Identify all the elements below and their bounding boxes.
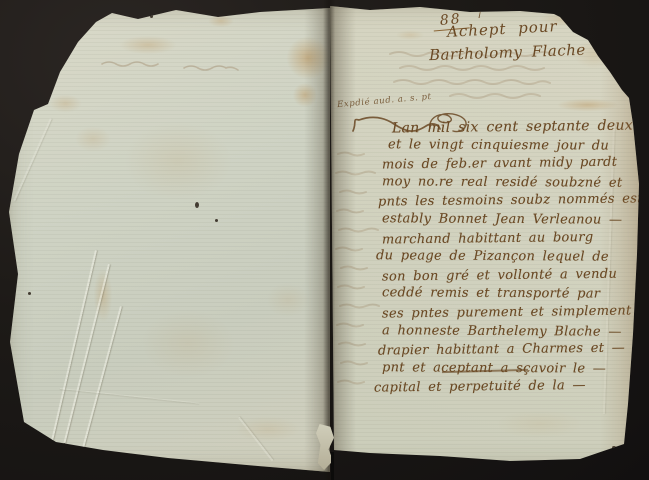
gutter-shading	[330, 4, 356, 468]
manuscript-line: marchand habittant au bourg	[382, 228, 634, 250]
manuscript-line: estably Bonnet Jean Verleanou —	[382, 210, 634, 230]
ink-speck	[28, 292, 31, 295]
stain	[68, 121, 118, 157]
stain	[123, 296, 253, 391]
binding-cord	[331, 452, 334, 480]
cross-mark: †	[477, 6, 483, 20]
manuscript-line: Lan mil six cent septante deux	[392, 117, 634, 139]
right-page: 88 † Achept pour Bartholomy Flache — Exp…	[330, 4, 646, 468]
stain	[108, 32, 188, 58]
stain	[545, 96, 630, 114]
manuscript-line: mois de feb.er avant midy pardt	[382, 154, 634, 176]
manuscript-line: capital et perpetuité de la —	[374, 377, 634, 399]
manuscript-line: ceddé remis et transporté par	[382, 285, 634, 305]
left-page	[8, 6, 330, 472]
manuscript-line: drapier habittant a Charmes et —	[378, 340, 634, 362]
manuscript-line: pnts les tesmoins soubz nommés est	[378, 191, 634, 213]
ink-speck	[195, 202, 199, 208]
ink-speck	[612, 446, 616, 449]
stain	[480, 404, 600, 444]
manuscript-scan: 88 † Achept pour Bartholomy Flache — Exp…	[0, 0, 649, 480]
ink-speck	[150, 15, 153, 18]
manuscript-body: Lan mil six cent septante deux et le vin…	[382, 118, 634, 397]
manuscript-line: a honneste Barthelemy Blache —	[382, 322, 634, 342]
stain	[390, 28, 430, 42]
stain	[258, 276, 318, 324]
ink-speck	[62, 443, 66, 447]
faded-ink-marks	[100, 52, 250, 76]
stain	[203, 12, 239, 30]
stain	[223, 411, 313, 447]
stain	[103, 106, 253, 216]
stain	[288, 78, 322, 112]
manuscript-line: ses pntes purement et simplement	[382, 302, 634, 324]
margin-note: Expdié aud. a. s. pt	[337, 92, 432, 110]
crease-line	[13, 118, 51, 201]
crease-line	[44, 250, 97, 473]
manuscript-line: du peage de Pizançon lequel de	[376, 247, 634, 267]
ink-speck	[215, 219, 218, 222]
stain	[43, 91, 88, 116]
